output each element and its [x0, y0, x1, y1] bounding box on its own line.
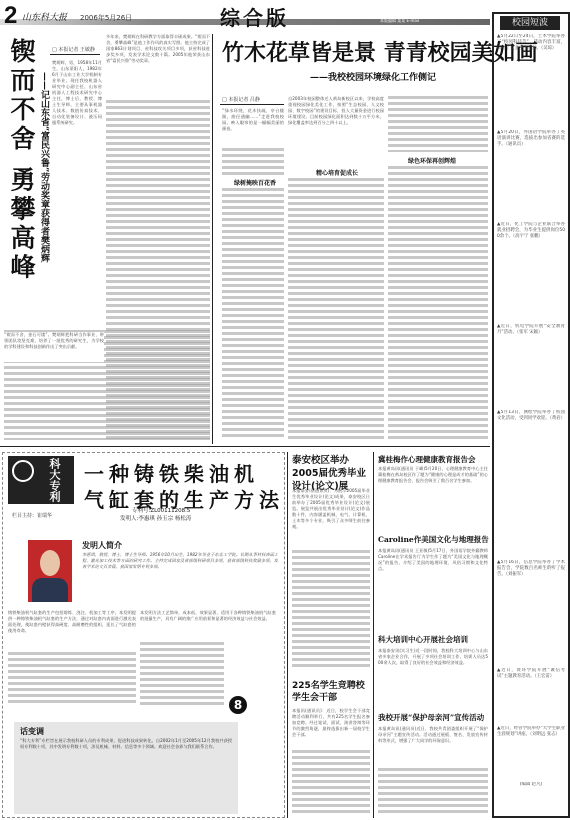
note-heading: 话变调	[20, 726, 44, 737]
campus-body: 自2003年校园整体迁入黄岛新校区以来，学校高度重视校园绿化美化工作，按照“生态…	[288, 96, 384, 164]
patent-body-left: 铸铁柴油机气缸套的生产包括熔炼、浇注、机加工等工序。本发明提供一种铸铁柴油机气缸…	[8, 610, 136, 650]
lead-headline: 锲而不舍 勇攀高峰	[6, 38, 36, 348]
section-divider	[0, 446, 490, 447]
campus-subhead-3: 绿色环保再创辉煌	[408, 156, 456, 165]
sidebar-item: ▲5月20日，外国语学院举办了英语演讲比赛，选拔出参加省赛的选手。（通讯员）	[497, 130, 565, 222]
byline-rule	[50, 54, 100, 55]
patent-body-left-fill	[8, 652, 136, 706]
photo-suit	[32, 578, 68, 602]
article-225-headline: 225名学生竞聘校学生会干部	[292, 680, 372, 704]
patent-column-logo: 科大专利	[8, 456, 74, 504]
masthead-bar-text: 本版编辑 某某 E-mail	[380, 18, 419, 24]
patent-title-1: 一种铸铁柴油机	[84, 458, 259, 487]
article-river-body: 本报黄岛讯(通讯员)近日，我校共青团委组织开展了“保护母亲河”主题宣传活动。活动…	[378, 726, 488, 766]
article-river-headline: 我校开展“保护母亲河”宣传活动	[378, 712, 484, 723]
article-taian-body: 本报泰安讯(通讯员)：为展示2005届毕业生优秀毕业设计(论文)成果，泰安校区日…	[292, 488, 370, 548]
note-text: “科大专利”专栏旨在展示我校科研人员的专利成果，促进科技成果转化。自2002年1…	[20, 738, 232, 810]
masthead: 2 山东科大报 2006年5月26日 综合版 本版编辑 某某 E-mail	[0, 0, 570, 30]
campus-subhead-1: 绿树掩映百花香	[234, 178, 276, 187]
campus-headline: 竹木花草皆是景 青青校园美如画	[222, 36, 538, 67]
campus-subhead-2: 精心培育促成长	[316, 168, 358, 177]
bio-text: 李惠琪，教授，博士，博士生导师。1956年10月出生，1982年毕业于东北工学院…	[82, 552, 278, 596]
bio-heading: 发明人简介	[82, 540, 122, 551]
lead-byline: □ 本报记者 王敏静	[52, 46, 95, 53]
sidebar-item: ▲近日，机电学院开展“安全教育月”活动。（张军 宋颖）	[497, 324, 565, 410]
issue-date: 2006年5月26日	[80, 13, 132, 23]
patent-body-right: 本发明方法工艺简单，成本低，效果显著，适用于各种铸铁柴油机气缸套的批量生产，具有…	[140, 610, 276, 640]
paper-name: 山东科大报	[22, 10, 67, 23]
atom-icon	[12, 460, 34, 482]
campus-body-col3b	[388, 166, 488, 440]
inventor-photo	[28, 540, 72, 602]
article-taian-fill	[292, 550, 370, 670]
article-caroline-headline: Caroline作美国文化与地理报告	[378, 534, 489, 545]
sidebar-item: ▲5月13日，测绘学院举办了校园文化活动，受到同学欢迎。（黄岩）	[497, 410, 565, 560]
section-title: 综合版	[220, 2, 289, 31]
page-badge: 8	[229, 696, 247, 714]
patent-column-host: 栏目主持：崔瑞华	[12, 512, 52, 519]
middle-divider-right	[373, 452, 374, 818]
campus-body-col2	[288, 178, 384, 440]
middle-divider-left	[287, 452, 288, 818]
sidebar-item: ▲5月22日至24日，土木学院举办了“校园科技节”，活动内容丰富，吸引了众多学生…	[497, 34, 565, 130]
sidebar-item: ▲近日，经管学院举办“大学生职业生涯规划”讲座。（刘明远 张志）	[497, 726, 565, 782]
lead-body-col3: “锲而不舍，金石可镂”。樊炳辉把科研当作事业，带领团队攻坚克难，培养了一批优秀的…	[4, 332, 104, 362]
article-river-fill	[378, 768, 488, 816]
lead-subheadline: ——记山东省“富民兴鲁”劳动奖章获得者樊炳辉	[38, 72, 50, 332]
sidebar-list: ▲5月22日至24日，土木学院举办了“校园科技节”，活动内容丰富，吸引了众多学生…	[497, 34, 565, 792]
campus-byline: □ 本报记者 吕静	[222, 96, 260, 103]
column-divider	[212, 34, 213, 444]
campus-body-col1	[222, 148, 284, 176]
campus-body-col3a	[388, 96, 488, 152]
sidebar-editor: (编辑 赵凡)	[497, 782, 565, 792]
patent-column-name: 科大专利	[48, 458, 61, 504]
sidebar-item: ▲近日，化工学院与企业联合举办就业招聘会，为毕业生提供岗位500余个。（高宇宁 …	[497, 222, 565, 324]
patent-inventors: 发明人:李惠琪 孙玉宗 杨松涛	[120, 514, 191, 522]
photo-face	[40, 550, 60, 576]
article-training-headline: 科大培训中心开展社会培训	[378, 634, 468, 645]
campus-body-col1b	[222, 188, 284, 440]
sidebar-item: ▲近日，资环学院开展“诚信考试”主题教育活动。（王宏雷）	[497, 668, 565, 726]
campus-byline-rule	[220, 104, 284, 105]
article-caroline-body: 本报黄岛讯(通讯员 王亚敏)5月17日，外国语学院外籍教师Caroline在学术…	[378, 548, 488, 608]
campus-quote: “绿水环绕，花木扶疏，亭台楼阁，曲径通幽……”走进我校校园，映入眼帘的是一幅幅美…	[222, 108, 284, 144]
page-number: 2	[4, 2, 17, 30]
patent-body-right-fill	[140, 642, 224, 706]
lead-body-col1: 樊炳辉，男，1958年11月生，山东莱阳人，1982年6月于山东工业大学机制专业…	[52, 60, 102, 350]
article-psych-headline: 冀桂梅作心理健康教育报告会	[378, 454, 476, 465]
article-psych-body: 本报黄岛讯(通讯员 于峰)5月20日，心理健康教育中心主任冀桂梅在黄岛校区作了题…	[378, 466, 488, 514]
article-225-fill	[292, 750, 370, 816]
article-225-body: 本报讯(通讯员)：近日，校学生会干部竞聘活动顺利举行，共有225名学生报名参加竞…	[292, 708, 370, 748]
patent-number: 专利号:ZL00111208.5	[132, 506, 190, 514]
sidebar-item: ▲5月16日，信息学院举办了学术报告会，学院数百名师生聆听了报告。（刘振军）	[497, 560, 565, 668]
article-training-body: 本报泰安讯(实习生)近一段时间，我校科大培训中心与山东省多家企业合作，开展了多项…	[378, 648, 488, 692]
sidebar-title: 校园短波	[500, 16, 560, 30]
campus-subheadline: ——我校校园环境绿化工作侧记	[310, 70, 436, 83]
